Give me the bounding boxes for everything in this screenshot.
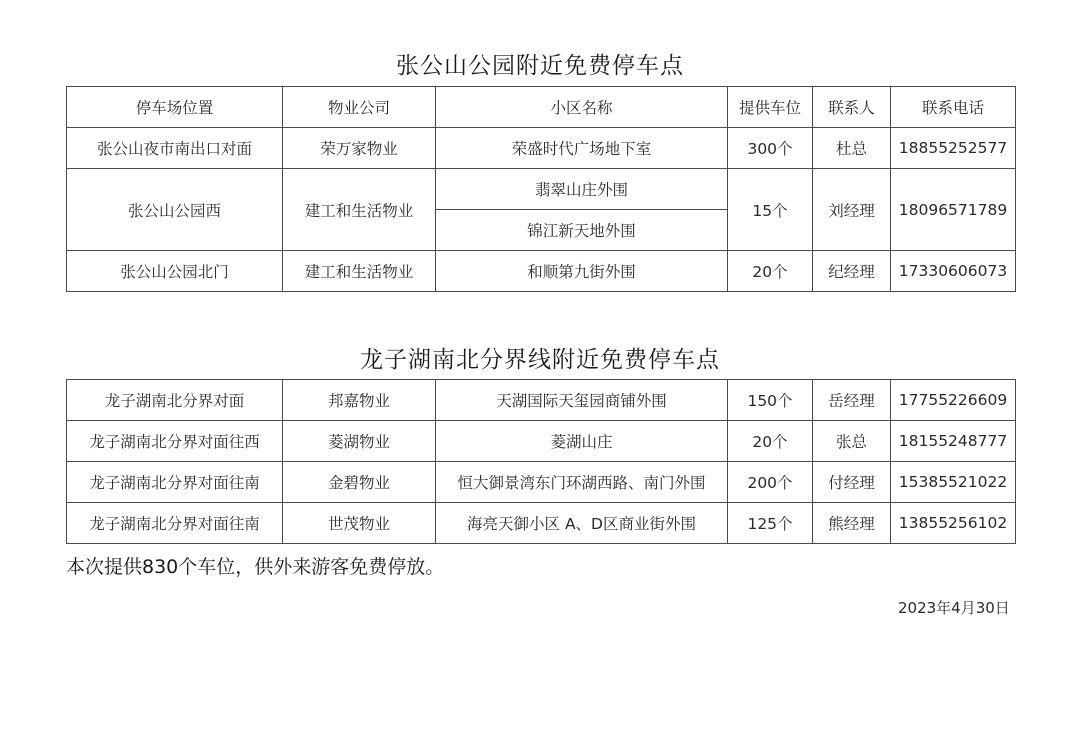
cell-location: 龙子湖南北分界对面往南 [67, 503, 283, 544]
table-row: 张公山公园西 建工和生活物业 翡翠山庄外围 15个 刘经理 1809657178… [67, 169, 1016, 210]
cell-spaces: 15个 [728, 169, 813, 251]
cell-phone: 18155248777 [891, 421, 1016, 462]
cell-company: 荣万家物业 [283, 128, 436, 169]
cell-contact: 杜总 [813, 128, 891, 169]
cell-contact: 张总 [813, 421, 891, 462]
cell-phone: 17330606073 [891, 251, 1016, 292]
cell-phone: 17755226609 [891, 380, 1016, 421]
cell-spaces: 125个 [728, 503, 813, 544]
section1-title: 张公山公园附近免费停车点 [0, 47, 1080, 80]
section2-title: 龙子湖南北分界线附近免费停车点 [0, 341, 1080, 374]
cell-contact: 纪经理 [813, 251, 891, 292]
cell-company: 邦嘉物业 [283, 380, 436, 421]
cell-community: 翡翠山庄外围 [436, 169, 728, 210]
cell-location: 张公山夜市南出口对面 [67, 128, 283, 169]
table-header-row: 停车场位置 物业公司 小区名称 提供车位 联系人 联系电话 [67, 87, 1016, 128]
header-company: 物业公司 [283, 87, 436, 128]
cell-location: 龙子湖南北分界对面 [67, 380, 283, 421]
cell-spaces: 300个 [728, 128, 813, 169]
cell-phone: 18096571789 [891, 169, 1016, 251]
header-phone: 联系电话 [891, 87, 1016, 128]
parking-table-longzihu: 龙子湖南北分界对面 邦嘉物业 天湖国际天玺园商铺外围 150个 岳经理 1775… [66, 379, 1016, 544]
document-date: 2023年4月30日 [898, 597, 1010, 618]
table-row: 张公山夜市南出口对面 荣万家物业 荣盛时代广场地下室 300个 杜总 18855… [67, 128, 1016, 169]
cell-spaces: 200个 [728, 462, 813, 503]
cell-community: 海亮天御小区 A、D区商业街外围 [436, 503, 728, 544]
cell-company: 建工和生活物业 [283, 251, 436, 292]
cell-company: 建工和生活物业 [283, 169, 436, 251]
header-spaces: 提供车位 [728, 87, 813, 128]
cell-community: 锦江新天地外围 [436, 210, 728, 251]
table-row: 龙子湖南北分界对面往南 世茂物业 海亮天御小区 A、D区商业街外围 125个 熊… [67, 503, 1016, 544]
cell-company: 菱湖物业 [283, 421, 436, 462]
cell-community: 菱湖山庄 [436, 421, 728, 462]
table-row: 龙子湖南北分界对面往南 金碧物业 恒大御景湾东门环湖西路、南门外围 200个 付… [67, 462, 1016, 503]
cell-contact: 熊经理 [813, 503, 891, 544]
cell-spaces: 20个 [728, 421, 813, 462]
parking-table-zhanggongshan: 停车场位置 物业公司 小区名称 提供车位 联系人 联系电话 张公山夜市南出口对面… [66, 86, 1016, 292]
table-row: 张公山公园北门 建工和生活物业 和顺第九街外围 20个 纪经理 17330606… [67, 251, 1016, 292]
cell-phone: 18855252577 [891, 128, 1016, 169]
summary-note: 本次提供830个车位，供外来游客免费停放。 [66, 552, 444, 579]
header-contact: 联系人 [813, 87, 891, 128]
cell-company: 金碧物业 [283, 462, 436, 503]
cell-location: 张公山公园西 [67, 169, 283, 251]
cell-community: 和顺第九街外围 [436, 251, 728, 292]
cell-location: 张公山公园北门 [67, 251, 283, 292]
cell-phone: 15385521022 [891, 462, 1016, 503]
cell-community: 恒大御景湾东门环湖西路、南门外围 [436, 462, 728, 503]
cell-company: 世茂物业 [283, 503, 436, 544]
cell-contact: 付经理 [813, 462, 891, 503]
table-row: 龙子湖南北分界对面往西 菱湖物业 菱湖山庄 20个 张总 18155248777 [67, 421, 1016, 462]
cell-phone: 13855256102 [891, 503, 1016, 544]
table-row: 龙子湖南北分界对面 邦嘉物业 天湖国际天玺园商铺外围 150个 岳经理 1775… [67, 380, 1016, 421]
header-location: 停车场位置 [67, 87, 283, 128]
cell-community: 荣盛时代广场地下室 [436, 128, 728, 169]
cell-contact: 岳经理 [813, 380, 891, 421]
cell-contact: 刘经理 [813, 169, 891, 251]
cell-spaces: 150个 [728, 380, 813, 421]
cell-community: 天湖国际天玺园商铺外围 [436, 380, 728, 421]
cell-location: 龙子湖南北分界对面往西 [67, 421, 283, 462]
cell-location: 龙子湖南北分界对面往南 [67, 462, 283, 503]
header-community: 小区名称 [436, 87, 728, 128]
cell-spaces: 20个 [728, 251, 813, 292]
